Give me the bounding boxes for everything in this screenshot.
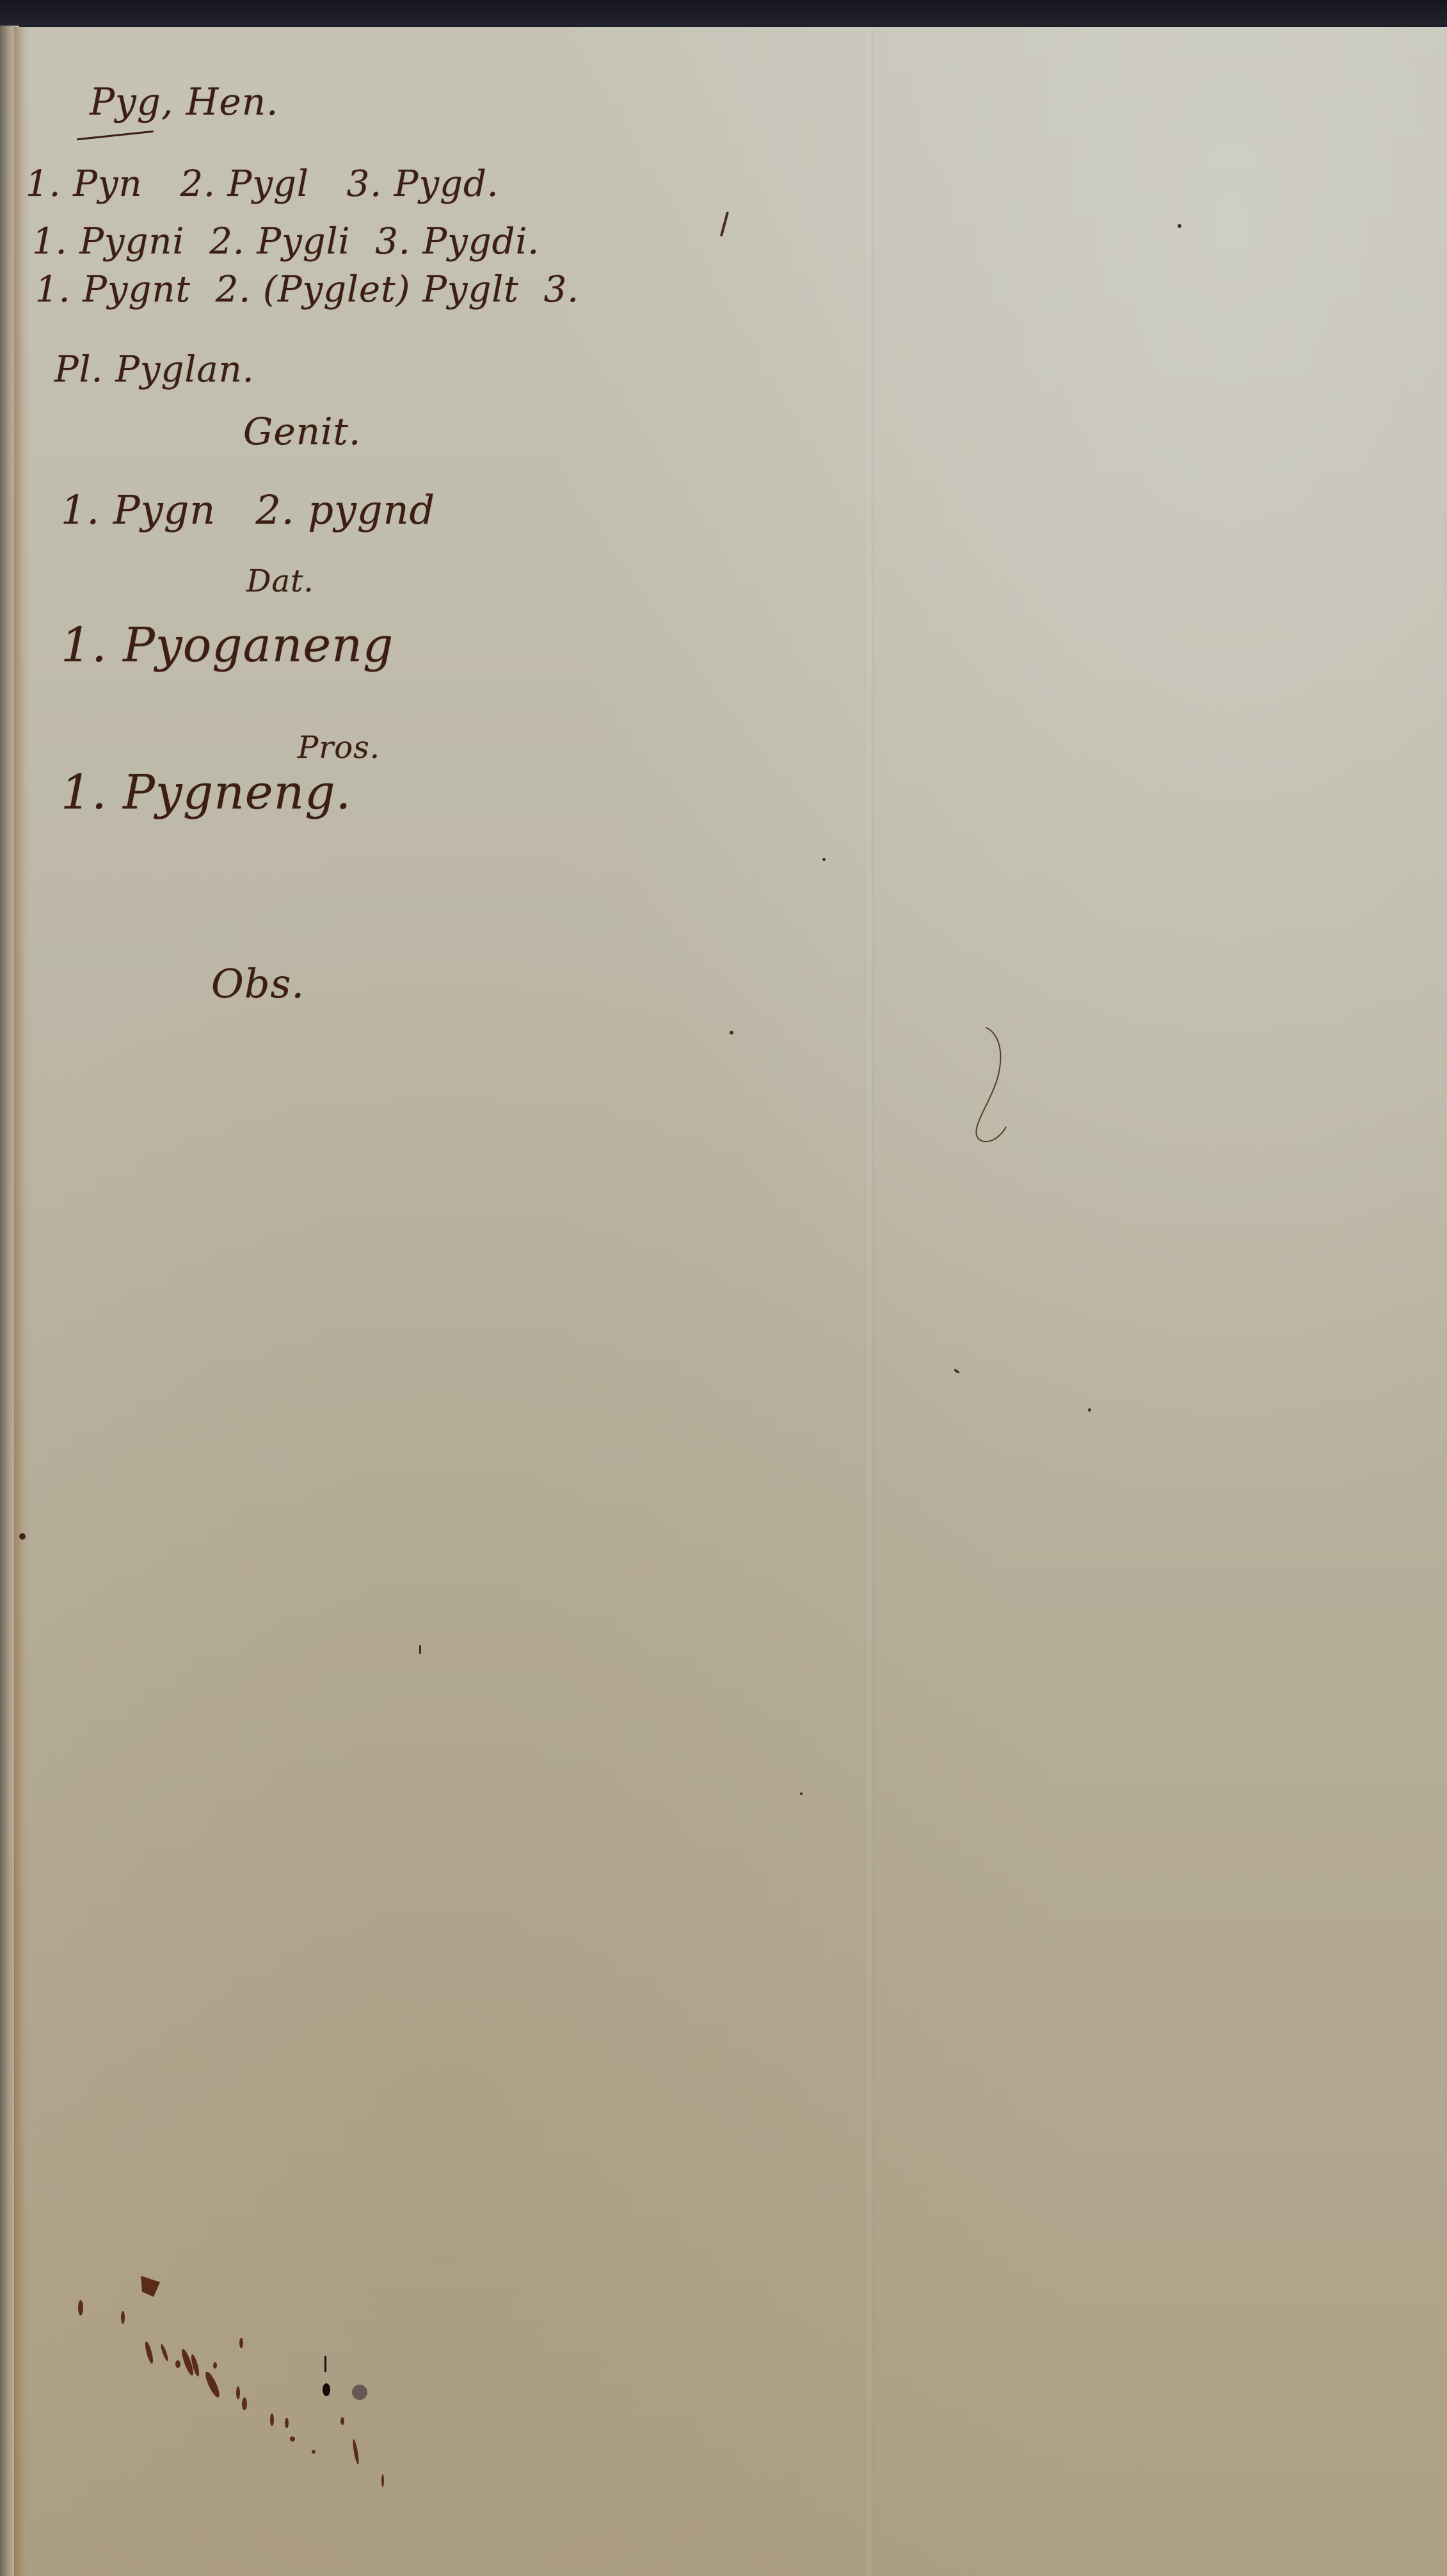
form-2: 2. (Pyglet) Pyglt [216,269,519,310]
plural-form: Pl. Pyglan. [54,349,255,390]
manuscript-page [14,27,1447,2576]
form-1: 1. Pygni [32,221,184,262]
observation-note: Obs. [211,960,305,1007]
speck [1088,1408,1091,1412]
page-fold [865,27,874,2576]
form-2: 2. Pygli [209,221,350,262]
speck [730,1031,733,1034]
paradigm-row-3: 1. Pygnt 2. (Pyglet) Pyglt 3. [35,269,579,310]
form-3: 3. [544,269,579,310]
form-3: 3. Pygdi. [375,221,540,262]
speck [419,1645,421,1654]
form-3: 3. Pygd. [347,163,499,205]
form-1: 1. Pyn [26,163,143,205]
speck [1178,224,1181,228]
paradigm-row-1: 1. Pyn 2. Pygl 3. Pygd. [26,163,499,205]
scan-background [0,0,1447,26]
genitive-forms: 1. Pygn 2. pygnd [61,487,435,533]
page-heading: Pyg, Hen. [90,80,279,124]
prosecutive-forms: 1. Pygneng. [61,765,351,820]
form-1: 1. Pygnt [35,269,191,310]
speck [822,858,826,861]
stray-hair [966,1021,1024,1149]
ink-blots [64,2241,1088,2497]
section-heading-prosecutive: Pros. [298,730,380,766]
paradigm-row-2: 1. Pygni 2. Pygli 3. Pygdi. [32,221,540,262]
section-heading-dative: Dat. [246,563,314,599]
binding-stain [14,27,31,2576]
section-heading-genitive: Genit. [243,410,361,453]
form-2: 2. Pygl [180,163,308,205]
speck [800,1792,803,1795]
speck [19,1533,26,1540]
dative-forms: 1. Pyoganeng [61,618,394,673]
